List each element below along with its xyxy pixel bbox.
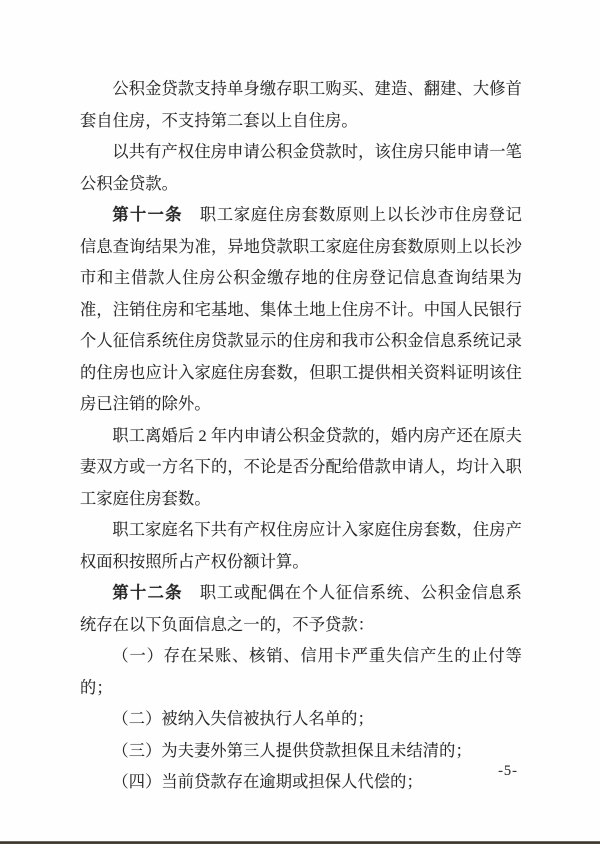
paragraph: （一）存在呆账、核销、信用卡严重失信产生的止付等的； — [80, 641, 522, 704]
page-number: -5- — [498, 763, 518, 780]
article-paragraph: 第十二条 职工或配偶在个人征信系统、公积金信息系统存在以下负面信息之一的，不予贷… — [80, 578, 522, 641]
document-body: 公积金贷款支持单身缴存职工购买、建造、翻建、大修首套自住房，不支持第二套以上自住… — [80, 74, 522, 799]
paragraph: 职工离婚后 2 年内申请公积金贷款的，婚内房产还在原夫妻双方或一方名下的，不论是… — [80, 421, 522, 516]
scan-edge-line — [0, 841, 600, 844]
article-paragraph: 第十一条 职工家庭住房套数原则上以长沙市住房登记信息查询结果为准，异地贷款职工家… — [80, 200, 522, 421]
article-number: 第十一条 — [112, 206, 183, 224]
document-page: 公积金贷款支持单身缴存职工购买、建造、翻建、大修首套自住房，不支持第二套以上自住… — [0, 0, 600, 848]
paragraph: （三）为夫妻外第三人提供贷款担保且未结清的； — [80, 736, 522, 768]
paragraph: 公积金贷款支持单身缴存职工购买、建造、翻建、大修首套自住房，不支持第二套以上自住… — [80, 74, 522, 137]
paragraph: 职工家庭名下共有产权住房应计入家庭住房套数，住房产权面积按照所占产权份额计算。 — [80, 515, 522, 578]
paragraph: （四）当前贷款存在逾期或担保人代偿的； — [80, 767, 522, 799]
article-number: 第十二条 — [112, 584, 183, 602]
paragraph: （二）被纳入失信被执行人名单的； — [80, 704, 522, 736]
paragraph: 以共有产权住房申请公积金贷款时，该住房只能申请一笔公积金贷款。 — [80, 137, 522, 200]
